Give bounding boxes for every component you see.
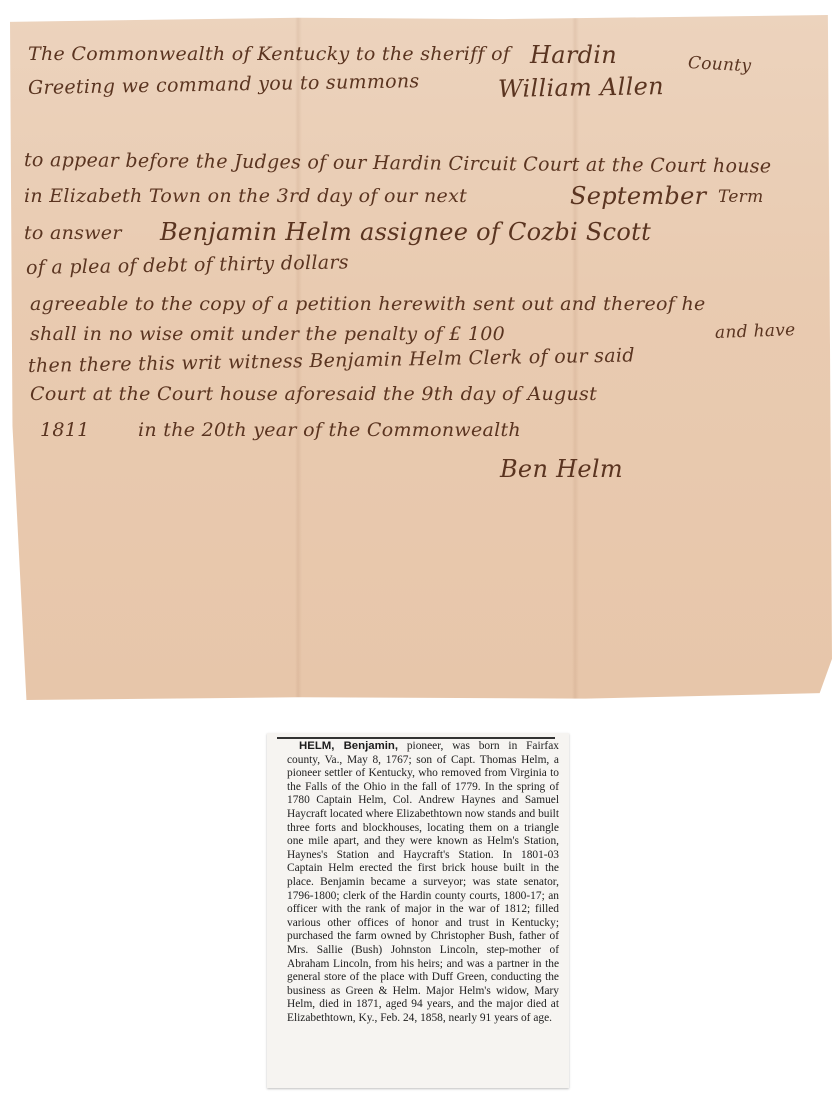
biography-clipping: HELM, Benjamin, pioneer, was born in Fai… [267,733,569,1088]
handwritten-line: then there this writ witness Benjamin He… [28,344,635,377]
handwritten-line: in Elizabeth Town on the 3rd day of our … [24,185,467,207]
clipping-top-rule [277,737,555,739]
handwritten-line: September [570,182,706,210]
handwritten-line: Hardin [530,41,617,69]
clipping-heading-name: HELM, Benjamin, [299,740,398,752]
handwritten-line: to appear before the Judges of our Hardi… [24,149,772,178]
clipping-text: HELM, Benjamin, pioneer, was born in Fai… [287,740,559,1025]
handwritten-line: 1811 [40,419,90,441]
clipping-body: pioneer, was born in Fairfax county, Va.… [287,740,559,1024]
handwritten-writ-document: The Commonwealth of Kentucky to the sher… [10,15,832,700]
handwritten-line: Benjamin Helm assignee of Cozbi Scott [160,218,651,246]
handwritten-line: Ben Helm [500,455,623,483]
handwritten-line: in the 20th year of the Commonwealth [138,419,521,441]
handwritten-line: to answer [24,222,122,244]
handwritten-line: and have [715,320,796,343]
handwritten-line: The Commonwealth of Kentucky to the sher… [28,43,510,65]
handwritten-line: Term [718,187,764,207]
handwritten-line: of a plea of debt of thirty dollars [26,251,349,279]
handwritten-line: William Allen [498,72,664,103]
handwritten-line: Greeting we command you to summons [28,70,420,99]
handwritten-line: agreeable to the copy of a petition here… [30,293,706,315]
handwritten-line: County [687,53,751,76]
handwritten-line: Court at the Court house aforesaid the 9… [30,383,597,405]
handwritten-line: shall in no wise omit under the penalty … [30,323,505,345]
